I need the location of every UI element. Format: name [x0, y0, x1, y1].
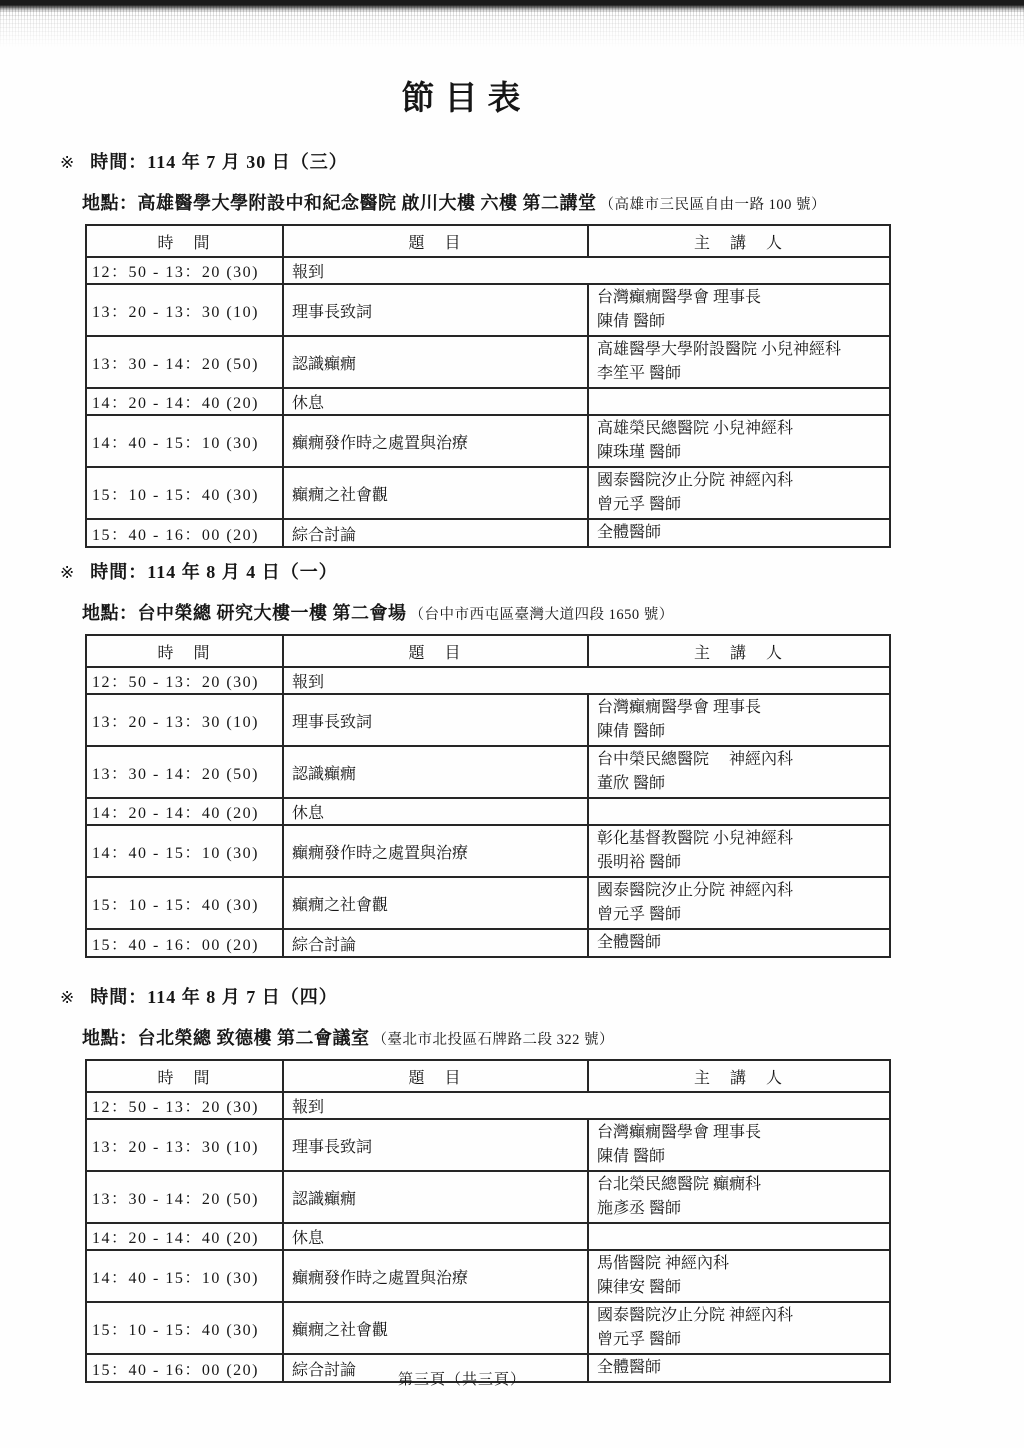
table-row-break: 14：20 - 14：40 (20) 休息 — [86, 388, 890, 415]
time-cell: 12：50 - 13：20 (30) — [86, 257, 283, 284]
speaker-name: 曾元孚 醫師 — [597, 903, 881, 927]
table-row-registration: 12：50 - 13：20 (30) 報到 — [86, 667, 890, 694]
time-cell: 13：30 - 14：20 (50) — [86, 1171, 283, 1223]
table-row: 13：20 - 13：30 (10) 理事長致詞 台灣癲癇醫學會 理事長 陳倩 … — [86, 694, 890, 746]
time-cell: 12：50 - 13：20 (30) — [86, 667, 283, 694]
speaker-affiliation: 國泰醫院汐止分院 神經內科 — [597, 1304, 881, 1328]
time-cell: 14：40 - 15：10 (30) — [86, 415, 283, 467]
speaker-cell: 國泰醫院汐止分院 神經內科 曾元孚 醫師 — [588, 877, 890, 929]
session-address: （台中市西屯區臺灣大道四段 1650 號） — [410, 607, 674, 623]
speaker-name: 全體醫師 — [597, 931, 881, 955]
time-cell: 15：40 - 16：00 (20) — [86, 519, 283, 547]
col-header-speaker: 主 講 人 — [588, 225, 890, 257]
speaker-affiliation: 彰化基督教醫院 小兒神經科 — [597, 827, 881, 851]
speaker-cell: 高雄榮民總醫院 小兒神經科 陳珠瑾 醫師 — [588, 415, 890, 467]
topic-cell: 理事長致詞 — [283, 1119, 588, 1171]
topic-cell: 認識癲癇 — [283, 746, 588, 798]
table-row: 14：40 - 15：10 (30) 癲癇發作時之處置與治療 彰化基督教醫院 小… — [86, 825, 890, 877]
scanned-document-page: 節目表 ※時間：114 年 7 月 30 日（三） 地點：高雄醫學大學附設中和紀… — [0, 0, 1024, 1448]
session-date: 時間：114 年 8 月 7 日（四） — [90, 987, 338, 1007]
table-row: 15：10 - 15：40 (30) 癲癇之社會觀 國泰醫院汐止分院 神經內科 … — [86, 1302, 890, 1354]
asterisk-marker: ※ — [60, 988, 75, 1008]
time-cell: 12：50 - 13：20 (30) — [86, 1092, 283, 1119]
col-header-speaker: 主 講 人 — [588, 635, 890, 667]
schedule-table: 時 間 題 目 主 講 人 12：50 - 13：20 (30) 報到 13：2… — [85, 1059, 891, 1383]
time-cell: 15：10 - 15：40 (30) — [86, 467, 283, 519]
time-cell: 13：20 - 13：30 (10) — [86, 284, 283, 336]
scan-noise-band — [0, 0, 1024, 48]
time-cell: 14：20 - 14：40 (20) — [86, 1223, 283, 1250]
speaker-name: 張明裕 醫師 — [597, 851, 881, 875]
topic-cell: 癲癇之社會觀 — [283, 467, 588, 519]
speaker-affiliation: 馬偕醫院 神經內科 — [597, 1252, 881, 1276]
time-cell: 15：40 - 16：00 (20) — [86, 929, 283, 957]
topic-cell: 癲癇發作時之處置與治療 — [283, 825, 588, 877]
session-location-line: 地點：台中榮總 研究大樓一樓 第二會場（台中市西屯區臺灣大道四段 1650 號） — [82, 599, 1024, 625]
speaker-cell: 高雄醫學大學附設醫院 小兒神經科 李笙平 醫師 — [588, 336, 890, 388]
table-row: 15：10 - 15：40 (30) 癲癇之社會觀 國泰醫院汐止分院 神經內科 … — [86, 877, 890, 929]
time-cell: 15：10 - 15：40 (30) — [86, 877, 283, 929]
table-header-row: 時 間 題 目 主 講 人 — [86, 225, 890, 257]
table-header-row: 時 間 題 目 主 講 人 — [86, 1060, 890, 1092]
topic-cell: 報到 — [283, 667, 890, 694]
speaker-name: 全體醫師 — [597, 521, 881, 545]
speaker-affiliation: 高雄醫學大學附設醫院 小兒神經科 — [597, 338, 881, 362]
table-row: 14：40 - 15：10 (30) 癲癇發作時之處置與治療 高雄榮民總醫院 小… — [86, 415, 890, 467]
speaker-name: 陳倩 醫師 — [597, 310, 881, 334]
speaker-cell: 台中榮民總醫院 神經內科 董欣 醫師 — [588, 746, 890, 798]
session-time-line: ※時間：114 年 8 月 7 日（四） — [60, 983, 1024, 1009]
table-row: 13：30 - 14：20 (50) 認識癲癇 台北榮民總醫院 癲癇科 施彥丞 … — [86, 1171, 890, 1223]
session-date: 時間：114 年 8 月 4 日（一） — [90, 562, 338, 582]
time-cell: 13：20 - 13：30 (10) — [86, 1119, 283, 1171]
topic-cell: 癲癇發作時之處置與治療 — [283, 1250, 588, 1302]
time-cell: 14：20 - 14：40 (20) — [86, 388, 283, 415]
time-cell: 13：30 - 14：20 (50) — [86, 746, 283, 798]
session-address: （臺北市北投區石牌路二段 322 號） — [373, 1032, 615, 1048]
table-row: 13：30 - 14：20 (50) 認識癲癇 台中榮民總醫院 神經內科 董欣 … — [86, 746, 890, 798]
topic-cell: 認識癲癇 — [283, 1171, 588, 1223]
table-row-break: 14：20 - 14：40 (20) 休息 — [86, 1223, 890, 1250]
table-row-discussion: 15：40 - 16：00 (20) 綜合討論 全體醫師 — [86, 519, 890, 547]
topic-cell: 綜合討論 — [283, 929, 588, 957]
col-header-topic: 題 目 — [283, 225, 588, 257]
speaker-affiliation: 台灣癲癇醫學會 理事長 — [597, 1121, 881, 1145]
topic-cell: 認識癲癇 — [283, 336, 588, 388]
table-row-registration: 12：50 - 13：20 (30) 報到 — [86, 257, 890, 284]
speaker-cell: 馬偕醫院 神經內科 陳律安 醫師 — [588, 1250, 890, 1302]
speaker-name: 李笙平 醫師 — [597, 362, 881, 386]
speaker-cell-empty — [588, 388, 890, 415]
speaker-cell: 台灣癲癇醫學會 理事長 陳倩 醫師 — [588, 694, 890, 746]
speaker-cell: 全體醫師 — [588, 519, 890, 547]
asterisk-marker: ※ — [60, 563, 75, 583]
schedule-table: 時 間 題 目 主 講 人 12：50 - 13：20 (30) 報到 13：2… — [85, 634, 891, 958]
speaker-cell-empty — [588, 798, 890, 825]
speaker-affiliation: 台北榮民總醫院 癲癇科 — [597, 1173, 881, 1197]
col-header-topic: 題 目 — [283, 1060, 588, 1092]
topic-cell: 報到 — [283, 257, 890, 284]
speaker-cell: 台灣癲癇醫學會 理事長 陳倩 醫師 — [588, 284, 890, 336]
session-taipei: ※時間：114 年 8 月 7 日（四） 地點：台北榮總 致德樓 第二會議室（臺… — [0, 983, 1024, 1383]
time-cell: 14：20 - 14：40 (20) — [86, 798, 283, 825]
session-location-line: 地點：高雄醫學大學附設中和紀念醫院 啟川大樓 六樓 第二講堂（高雄市三民區自由一… — [82, 189, 1024, 215]
table-row-break: 14：20 - 14：40 (20) 休息 — [86, 798, 890, 825]
col-header-speaker: 主 講 人 — [588, 1060, 890, 1092]
topic-cell: 綜合討論 — [283, 519, 588, 547]
col-header-time: 時 間 — [86, 225, 283, 257]
time-cell: 14：40 - 15：10 (30) — [86, 825, 283, 877]
speaker-affiliation: 台灣癲癇醫學會 理事長 — [597, 286, 881, 310]
table-row: 13：20 - 13：30 (10) 理事長致詞 台灣癲癇醫學會 理事長 陳倩 … — [86, 1119, 890, 1171]
speaker-name: 曾元孚 醫師 — [597, 1328, 881, 1352]
topic-cell: 癲癇之社會觀 — [283, 1302, 588, 1354]
table-row: 13：30 - 14：20 (50) 認識癲癇 高雄醫學大學附設醫院 小兒神經科… — [86, 336, 890, 388]
time-cell: 13：20 - 13：30 (10) — [86, 694, 283, 746]
time-cell: 13：30 - 14：20 (50) — [86, 336, 283, 388]
speaker-cell-empty — [588, 1223, 890, 1250]
col-header-time: 時 間 — [86, 635, 283, 667]
topic-cell: 休息 — [283, 388, 588, 415]
session-location: 地點：台北榮總 致德樓 第二會議室 — [82, 1028, 370, 1048]
speaker-name: 陳律安 醫師 — [597, 1276, 881, 1300]
speaker-affiliation: 國泰醫院汐止分院 神經內科 — [597, 469, 881, 493]
speaker-name: 陳倩 醫師 — [597, 720, 881, 744]
topic-cell: 理事長致詞 — [283, 694, 588, 746]
time-cell: 14：40 - 15：10 (30) — [86, 1250, 283, 1302]
time-cell: 15：10 - 15：40 (30) — [86, 1302, 283, 1354]
table-row: 15：10 - 15：40 (30) 癲癇之社會觀 國泰醫院汐止分院 神經內科 … — [86, 467, 890, 519]
table-row: 14：40 - 15：10 (30) 癲癇發作時之處置與治療 馬偕醫院 神經內科… — [86, 1250, 890, 1302]
session-address: （高雄市三民區自由一路 100 號） — [600, 197, 827, 213]
speaker-cell: 台北榮民總醫院 癲癇科 施彥丞 醫師 — [588, 1171, 890, 1223]
speaker-name: 陳倩 醫師 — [597, 1145, 881, 1169]
speaker-name: 董欣 醫師 — [597, 772, 881, 796]
speaker-affiliation: 台中榮民總醫院 神經內科 — [597, 748, 881, 772]
speaker-affiliation: 高雄榮民總醫院 小兒神經科 — [597, 417, 881, 441]
speaker-cell: 彰化基督教醫院 小兒神經科 張明裕 醫師 — [588, 825, 890, 877]
speaker-name: 施彥丞 醫師 — [597, 1197, 881, 1221]
col-header-topic: 題 目 — [283, 635, 588, 667]
page-footer: 第三頁（共三頁） — [0, 1368, 924, 1389]
table-header-row: 時 間 題 目 主 講 人 — [86, 635, 890, 667]
session-taichung: ※時間：114 年 8 月 4 日（一） 地點：台中榮總 研究大樓一樓 第二會場… — [0, 558, 1024, 958]
speaker-cell: 國泰醫院汐止分院 神經內科 曾元孚 醫師 — [588, 1302, 890, 1354]
speaker-affiliation: 台灣癲癇醫學會 理事長 — [597, 696, 881, 720]
session-kaohsiung: ※時間：114 年 7 月 30 日（三） 地點：高雄醫學大學附設中和紀念醫院 … — [0, 148, 1024, 548]
session-location-line: 地點：台北榮總 致德樓 第二會議室（臺北市北投區石牌路二段 322 號） — [82, 1024, 1024, 1050]
session-date: 時間：114 年 7 月 30 日（三） — [90, 152, 348, 172]
session-time-line: ※時間：114 年 8 月 4 日（一） — [60, 558, 1024, 584]
table-row-registration: 12：50 - 13：20 (30) 報到 — [86, 1092, 890, 1119]
topic-cell: 癲癇發作時之處置與治療 — [283, 415, 588, 467]
session-time-line: ※時間：114 年 7 月 30 日（三） — [60, 148, 1024, 174]
topic-cell: 休息 — [283, 1223, 588, 1250]
asterisk-marker: ※ — [60, 153, 75, 173]
speaker-affiliation: 國泰醫院汐止分院 神經內科 — [597, 879, 881, 903]
speaker-name: 陳珠瑾 醫師 — [597, 441, 881, 465]
session-location: 地點：高雄醫學大學附設中和紀念醫院 啟川大樓 六樓 第二講堂 — [82, 193, 597, 213]
table-row: 13：20 - 13：30 (10) 理事長致詞 台灣癲癇醫學會 理事長 陳倩 … — [86, 284, 890, 336]
topic-cell: 報到 — [283, 1092, 890, 1119]
session-location: 地點：台中榮總 研究大樓一樓 第二會場 — [82, 603, 407, 623]
speaker-cell: 國泰醫院汐止分院 神經內科 曾元孚 醫師 — [588, 467, 890, 519]
topic-cell: 休息 — [283, 798, 588, 825]
topic-cell: 癲癇之社會觀 — [283, 877, 588, 929]
schedule-table: 時 間 題 目 主 講 人 12：50 - 13：20 (30) 報到 13：2… — [85, 224, 891, 548]
speaker-name: 曾元孚 醫師 — [597, 493, 881, 517]
col-header-time: 時 間 — [86, 1060, 283, 1092]
speaker-cell: 全體醫師 — [588, 929, 890, 957]
topic-cell: 理事長致詞 — [283, 284, 588, 336]
speaker-cell: 台灣癲癇醫學會 理事長 陳倩 醫師 — [588, 1119, 890, 1171]
table-row-discussion: 15：40 - 16：00 (20) 綜合討論 全體醫師 — [86, 929, 890, 957]
page-title: 節目表 — [0, 72, 932, 119]
